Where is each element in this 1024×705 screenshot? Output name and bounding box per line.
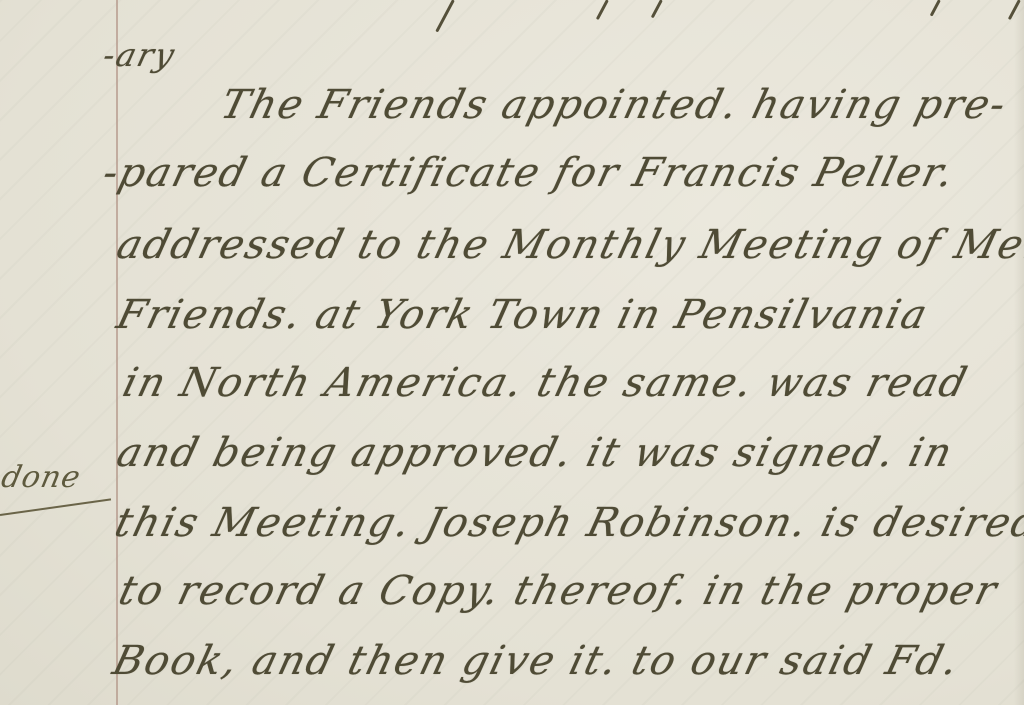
text-line: -ary — [99, 36, 180, 74]
text-line: and being approved. it was signed. in — [112, 430, 958, 476]
handwritten-text-block: -ary The Friends appointed. having pre- … — [0, 0, 1024, 705]
text-line: Book, and then give it. to our said Fd. — [108, 638, 964, 684]
page-edge-shadow — [1014, 0, 1024, 705]
text-line: The Friends appointed. having pre- — [216, 82, 1012, 128]
text-line: Friends. at York Town in Pensilvania — [112, 292, 933, 338]
text-line: this Meeting. Joseph Robinson. is desire… — [110, 500, 1024, 546]
text-line: -pared a Certificate for Francis Peller. — [98, 150, 960, 196]
text-line: addressed to the Monthly Meeting of Men — [112, 222, 1024, 268]
manuscript-page: done -ary The Friends appointed. having … — [0, 0, 1024, 705]
text-line: in North America. the same. was read — [118, 360, 973, 406]
text-line: to record a Copy. thereof. in the proper — [114, 568, 1003, 614]
